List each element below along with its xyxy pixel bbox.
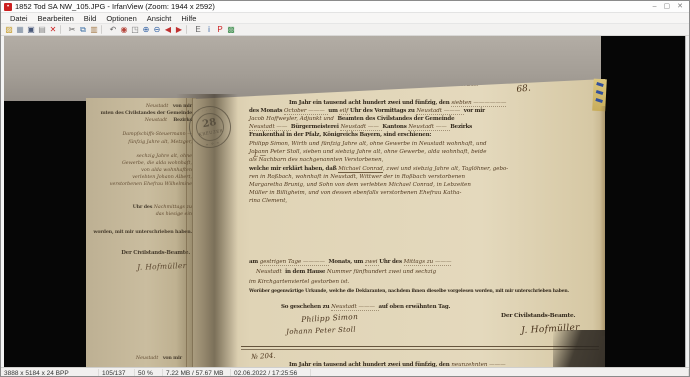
toolbar-button-icon: ⊖ bbox=[154, 26, 161, 34]
toolbar-button-icon: ▣ bbox=[27, 26, 35, 34]
scan-text-line: welche mir erklärt haben, daß Michael Co… bbox=[249, 166, 508, 172]
scan-text-line: am gestrigen Tage ———— Monats, um zwei U… bbox=[249, 259, 451, 265]
scan-text-line: Neustadt von mir bbox=[146, 104, 192, 110]
scan-text-line: Der Civilstands-Beamte. bbox=[501, 313, 575, 320]
menu-hilfe[interactable]: Hilfe bbox=[176, 13, 201, 24]
effects-button[interactable]: E bbox=[193, 25, 203, 35]
toolbar-button-icon: ▶ bbox=[176, 26, 182, 34]
toolbar-button-icon: ↶ bbox=[110, 26, 117, 34]
toolbar-button-icon: ▦ bbox=[16, 26, 24, 34]
photo-corner-shadow bbox=[553, 330, 605, 367]
toolbar-button-icon: E bbox=[195, 26, 200, 34]
open-folder-button[interactable]: ▨ bbox=[4, 25, 14, 35]
paint-button[interactable]: P bbox=[215, 25, 225, 35]
paste-button[interactable]: ▥ bbox=[89, 25, 99, 35]
toolbar-button-icon: ▩ bbox=[227, 26, 235, 34]
maximize-button[interactable]: ▢ bbox=[664, 3, 671, 10]
print-button[interactable]: ▤ bbox=[37, 25, 47, 35]
scan-text-line: ren in Roßbach, wohnhaft in Neustadt, Wi… bbox=[249, 174, 465, 180]
slideshow-button[interactable]: ▦ bbox=[15, 25, 25, 35]
toolbar-button-icon: i bbox=[208, 26, 210, 34]
irfanview-app-icon: • bbox=[4, 3, 12, 11]
scan-text-line: Müller in Billigheim, und von dessen ebe… bbox=[249, 190, 461, 196]
zoom-in-button[interactable]: ⊕ bbox=[141, 25, 151, 35]
menu-bild[interactable]: Bild bbox=[79, 13, 102, 24]
toolbar-button-icon: P bbox=[217, 26, 222, 34]
toolbar-button-icon: ▨ bbox=[5, 26, 13, 34]
declarant-signature: Philipp Simon bbox=[301, 313, 358, 325]
title-bar[interactable]: • 1852 Tod SA NW_105.JPG - IrfanView (Zo… bbox=[1, 1, 689, 13]
toolbar-button-icon: ▥ bbox=[90, 26, 98, 34]
zoom-out-button[interactable]: ⊖ bbox=[152, 25, 162, 35]
scan-text-line: Uhr des Nachmittags zu bbox=[133, 205, 192, 211]
menu-bearbeiten[interactable]: Bearbeiten bbox=[33, 13, 79, 24]
book-left-page: Neustadt von mirmten des Civilstandes de… bbox=[86, 98, 196, 367]
toolbar-separator bbox=[101, 25, 106, 34]
status-spacer bbox=[311, 369, 689, 377]
toolbar-separator bbox=[186, 25, 191, 34]
thumbnails-button[interactable]: ▩ bbox=[226, 25, 236, 35]
scan-text-line: Neustadt in dem Hause Nummer fünfhundert… bbox=[256, 269, 436, 275]
book-right-page: № 203.9.8. Dec.68.L —Im Jahr ein tausend… bbox=[193, 76, 605, 367]
scan-text-line: Gewerbe, die alda wohnhaft, bbox=[122, 161, 192, 167]
close-button[interactable]: ✕ bbox=[677, 3, 683, 10]
entry-separator-rule bbox=[241, 346, 599, 350]
toolbar: ▨▦▣▤✕✂⧉▥↶◉◳⊕⊖◀▶EiP▩ bbox=[1, 24, 689, 36]
save-button[interactable]: ▣ bbox=[26, 25, 36, 35]
scan-text-line: sechzig Jahre alt, ohne bbox=[136, 154, 192, 160]
scan-text-line: Johann Peter Stoll, sieben und siebzig J… bbox=[249, 149, 486, 155]
status-file-size: 7.22 MB / 57.67 MB bbox=[163, 369, 231, 377]
toolbar-button-icon: ▤ bbox=[38, 26, 46, 34]
page-edge-mark bbox=[596, 98, 603, 102]
page-edge-mark bbox=[596, 90, 603, 94]
menu-bar: DateiBearbeitenBildOptionenAnsichtHilfe bbox=[1, 13, 689, 24]
scan-text-line: des Monats October ——— um eilf Uhr des V… bbox=[249, 108, 485, 114]
window-controls: – ▢ ✕ bbox=[653, 3, 686, 10]
toolbar-separator bbox=[60, 25, 65, 34]
registrar-signature: J. Hofmüller bbox=[137, 262, 187, 272]
scan-text-line: fünfzig Jahre alt, Metzger, bbox=[128, 140, 192, 146]
toolbar-button-icon: ✕ bbox=[50, 26, 57, 34]
info-button[interactable]: i bbox=[204, 25, 214, 35]
status-image-position: 105/137 bbox=[99, 369, 135, 377]
folio-number: 68. bbox=[516, 84, 531, 96]
scan-text-line: das hiesige ein bbox=[156, 212, 192, 218]
scan-text-line: worden, mit mir unterschrieben haben. bbox=[93, 230, 192, 236]
scanned-photo: Neustadt von mirmten des Civilstandes de… bbox=[4, 36, 685, 367]
scan-text-line: Der Civilstands-Beamte. bbox=[121, 250, 190, 256]
scan-text-line: Neustadt Bezirks bbox=[145, 118, 192, 124]
irfanview-window: { "window": { "title": "1852 Tod SA NW_1… bbox=[0, 0, 690, 377]
vertical-scrollbar[interactable] bbox=[685, 36, 690, 367]
image-viewport[interactable]: Neustadt von mirmten des Civilstandes de… bbox=[1, 36, 690, 367]
scan-text-line: im Kirchgartenviertel gestorben ist. bbox=[249, 279, 349, 285]
scan-text-line: als Nachbarn des nachgenannten Verstorbe… bbox=[249, 157, 383, 163]
scan-text-line: Im Jahr ein tausend acht hundert zwei un… bbox=[289, 100, 506, 106]
scan-text-line: Jacob Hoffweyler, Adjunkt und Beamten de… bbox=[249, 116, 454, 122]
undo-button[interactable]: ↶ bbox=[108, 25, 118, 35]
scan-text-line: rina Clement, bbox=[249, 198, 287, 204]
scan-text-line: Neustadt —— Bürgermeisterei Neustadt —— … bbox=[249, 124, 472, 130]
toolbar-button-icon: ⧉ bbox=[80, 26, 86, 34]
toolbar-button-icon: ⊕ bbox=[143, 26, 150, 34]
scan-text-line: mten des Civilstandes der Gemeinde bbox=[101, 111, 192, 117]
scan-text-line: verlebten Johann Albert, bbox=[132, 175, 192, 181]
menu-datei[interactable]: Datei bbox=[5, 13, 33, 24]
page-edge-mark bbox=[596, 82, 603, 86]
scan-text-line: von alda wohnhaften bbox=[141, 168, 192, 174]
scan-text-line: So geschehen zu Neustadt ——— auf oben er… bbox=[281, 304, 450, 310]
cut-button[interactable]: ✂ bbox=[67, 25, 77, 35]
page-right-edge bbox=[600, 106, 605, 336]
minimize-button[interactable]: – bbox=[653, 3, 657, 10]
toolbar-button-icon: ◉ bbox=[121, 26, 128, 34]
toolbar-button-icon: ◳ bbox=[131, 26, 139, 34]
status-bar: 3888 x 5184 x 24 BPP 105/137 50 % 7.22 M… bbox=[1, 367, 689, 377]
status-zoom-level: 50 % bbox=[135, 369, 163, 377]
scan-text-line: verstorbenen Ehefrau Wilhelmine bbox=[110, 182, 192, 188]
delete-button[interactable]: ✕ bbox=[48, 25, 58, 35]
toolbar-button-icon: ◀ bbox=[165, 26, 171, 34]
menu-optionen[interactable]: Optionen bbox=[101, 13, 141, 24]
status-image-dimensions: 3888 x 5184 x 24 BPP bbox=[1, 369, 99, 377]
toolbar-button-icon: ✂ bbox=[69, 26, 76, 34]
resize-button[interactable]: ◳ bbox=[130, 25, 140, 35]
menu-ansicht[interactable]: Ansicht bbox=[142, 13, 177, 24]
scan-text-line: Margaretha Brunig, und Sohn von dem verl… bbox=[249, 182, 471, 188]
declarant-signature: Johann Peter Stoll bbox=[286, 326, 356, 336]
color-circle-button[interactable]: ◉ bbox=[119, 25, 129, 35]
status-datetime: 02.06.2022 / 17:25:56 bbox=[231, 369, 311, 377]
prev-image-button[interactable]: ◀ bbox=[163, 25, 173, 35]
scan-text-line: Dampfschiffs-Steuermann — bbox=[122, 132, 192, 138]
copy-button[interactable]: ⧉ bbox=[78, 25, 88, 35]
window-title: 1852 Tod SA NW_105.JPG - IrfanView (Zoom… bbox=[15, 2, 650, 11]
next-image-button[interactable]: ▶ bbox=[174, 25, 184, 35]
scan-text-line: Worüber gegenwärtige Urkunde, welche die… bbox=[249, 289, 569, 294]
scan-text-line: Neustadt von mir bbox=[136, 356, 182, 362]
scan-text-line: Frankenthal in der Pfalz, Königreichs Ba… bbox=[249, 132, 431, 138]
revenue-stamp: · · · · · · · 28 KREUZER ❧ ✣ ❧ bbox=[186, 103, 235, 152]
scan-text-line: Philipp Simon, Wirth und fünfzig Jahre a… bbox=[249, 141, 487, 147]
entry-number: № 204. bbox=[251, 352, 276, 361]
